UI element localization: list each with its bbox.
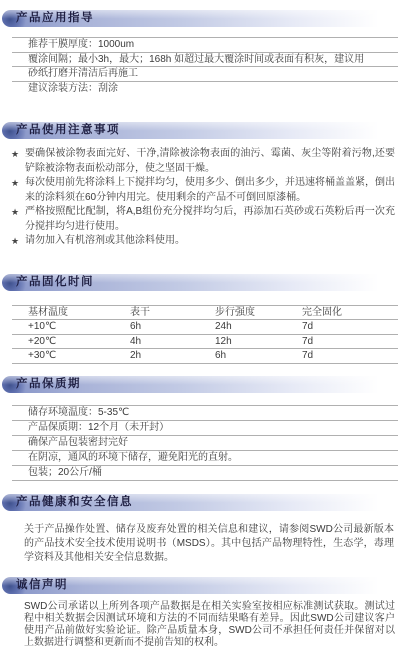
table-cell: +10℃ xyxy=(12,320,130,335)
spec-row: 确保产品包装密封完好 xyxy=(12,435,398,450)
precaution-list: ★要确保被涂物表面完好、干净,清除被涂物表面的油污、霉菌、灰尘等附着污物,还要铲… xyxy=(10,147,395,249)
curing-table-wrap: 基材温度 表干 步行强度 完全固化 +10℃ 6h 24h 7d +20℃ 4h… xyxy=(12,305,398,364)
column-header: 步行强度 xyxy=(215,305,302,320)
section-header-curing: 产品固化时间 xyxy=(2,274,407,291)
precaution-item: ★要确保被涂物表面完好、干净,清除被涂物表面的油污、霉菌、灰尘等附着污物,还要铲… xyxy=(10,147,395,176)
table-cell: 4h xyxy=(130,334,215,349)
star-bullet-icon: ★ xyxy=(11,147,19,162)
section-title-precautions: 产品使用注意事项 xyxy=(16,124,120,136)
spec-row: 覆涂间隔；最小3h，最大；168h 如超过最大覆涂时间或表面有积灰，建议用 xyxy=(12,52,398,67)
product-datasheet-page: { "colors": { "bar_dark": "#5b6cab", "ba… xyxy=(0,0,407,646)
precaution-item: ★请勿加入有机溶剂或其他涂料使用。 xyxy=(10,234,395,249)
column-header: 表干 xyxy=(130,305,215,320)
table-cell: +30℃ xyxy=(12,349,130,364)
section-header-precautions: 产品使用注意事项 xyxy=(2,122,407,139)
section-title-shelf-life: 产品保质期 xyxy=(16,378,81,390)
star-bullet-icon: ★ xyxy=(11,176,19,191)
star-bullet-icon: ★ xyxy=(11,234,19,249)
section-header-safety: 产品健康和安全信息 xyxy=(2,494,407,511)
safety-paragraph: 关于产品操作处置、储存及废弃处置的相关信息和建议，请参阅SWD公司最新版本的产品… xyxy=(24,523,394,565)
precaution-item: ★严格按照配比配制，将A,B组份充分搅拌均匀后，再添加石英砂或石英粉后再一次充分… xyxy=(10,205,395,234)
spec-row: 推荐干膜厚度：1000um xyxy=(12,37,398,52)
star-bullet-icon: ★ xyxy=(11,205,19,220)
section-header-shelf-life: 产品保质期 xyxy=(2,376,407,393)
section-title-safety: 产品健康和安全信息 xyxy=(16,496,133,508)
spec-row: 建议涂装方法：刮涂 xyxy=(12,81,398,96)
table-row: +20℃ 4h 12h 7d xyxy=(12,334,398,349)
spec-row: 储存环境温度：5-35℃ xyxy=(12,405,398,420)
precaution-text: 每次使用前先将涂料上下搅拌均匀，使用多少、倒出多少，并迅速将桶盖盖紧，倒出来的涂… xyxy=(25,177,395,203)
section-title-curing: 产品固化时间 xyxy=(16,276,94,288)
table-cell: 7d xyxy=(302,334,398,349)
table-row: +10℃ 6h 24h 7d xyxy=(12,320,398,335)
section-header-integrity: 诚信声明 xyxy=(2,577,407,594)
table-cell: +20℃ xyxy=(12,334,130,349)
integrity-paragraph: SWD公司承诺以上所列各项产品数据是在相关实验室按相应标准测试获取。测试过程中相… xyxy=(24,601,395,646)
precaution-text: 请勿加入有机溶剂或其他涂料使用。 xyxy=(25,235,185,246)
application-spec-list: 推荐干膜厚度：1000um 覆涂间隔；最小3h，最大；168h 如超过最大覆涂时… xyxy=(12,37,398,95)
precaution-text: 严格按照配比配制，将A,B组份充分搅拌均匀后，再添加石英砂或石英粉后再一次充分搅… xyxy=(25,206,395,232)
table-cell: 2h xyxy=(130,349,215,364)
column-header: 基材温度 xyxy=(12,305,130,320)
table-cell: 6h xyxy=(130,320,215,335)
table-cell: 7d xyxy=(302,320,398,335)
section-title-integrity: 诚信声明 xyxy=(16,579,68,591)
curing-table: 基材温度 表干 步行强度 完全固化 +10℃ 6h 24h 7d +20℃ 4h… xyxy=(12,305,398,364)
precaution-text: 要确保被涂物表面完好、干净,清除被涂物表面的油污、霉菌、灰尘等附着污物,还要铲除… xyxy=(25,148,395,174)
table-cell: 12h xyxy=(215,334,302,349)
spec-row: 产品保质期：12个月（未开封） xyxy=(12,420,398,435)
shelf-life-list: 储存环境温度：5-35℃ 产品保质期：12个月（未开封） 确保产品包装密封完好 … xyxy=(12,405,398,481)
precaution-item: ★每次使用前先将涂料上下搅拌均匀，使用多少、倒出多少，并迅速将桶盖盖紧，倒出来的… xyxy=(10,176,395,205)
spec-row: 包装；20公斤/桶 xyxy=(12,465,398,480)
table-cell: 24h xyxy=(215,320,302,335)
table-cell: 7d xyxy=(302,349,398,364)
column-header: 完全固化 xyxy=(302,305,398,320)
table-header-row: 基材温度 表干 步行强度 完全固化 xyxy=(12,305,398,320)
spec-row: 砂纸打磨并清洁后再施工 xyxy=(12,66,398,81)
section-title-application: 产品应用指导 xyxy=(16,12,94,24)
table-cell: 6h xyxy=(215,349,302,364)
table-row: +30℃ 2h 6h 7d xyxy=(12,349,398,364)
section-header-application: 产品应用指导 xyxy=(2,10,407,27)
spec-row: 在阴凉，通风的环境下储存，避免阳光的直射。 xyxy=(12,450,398,465)
